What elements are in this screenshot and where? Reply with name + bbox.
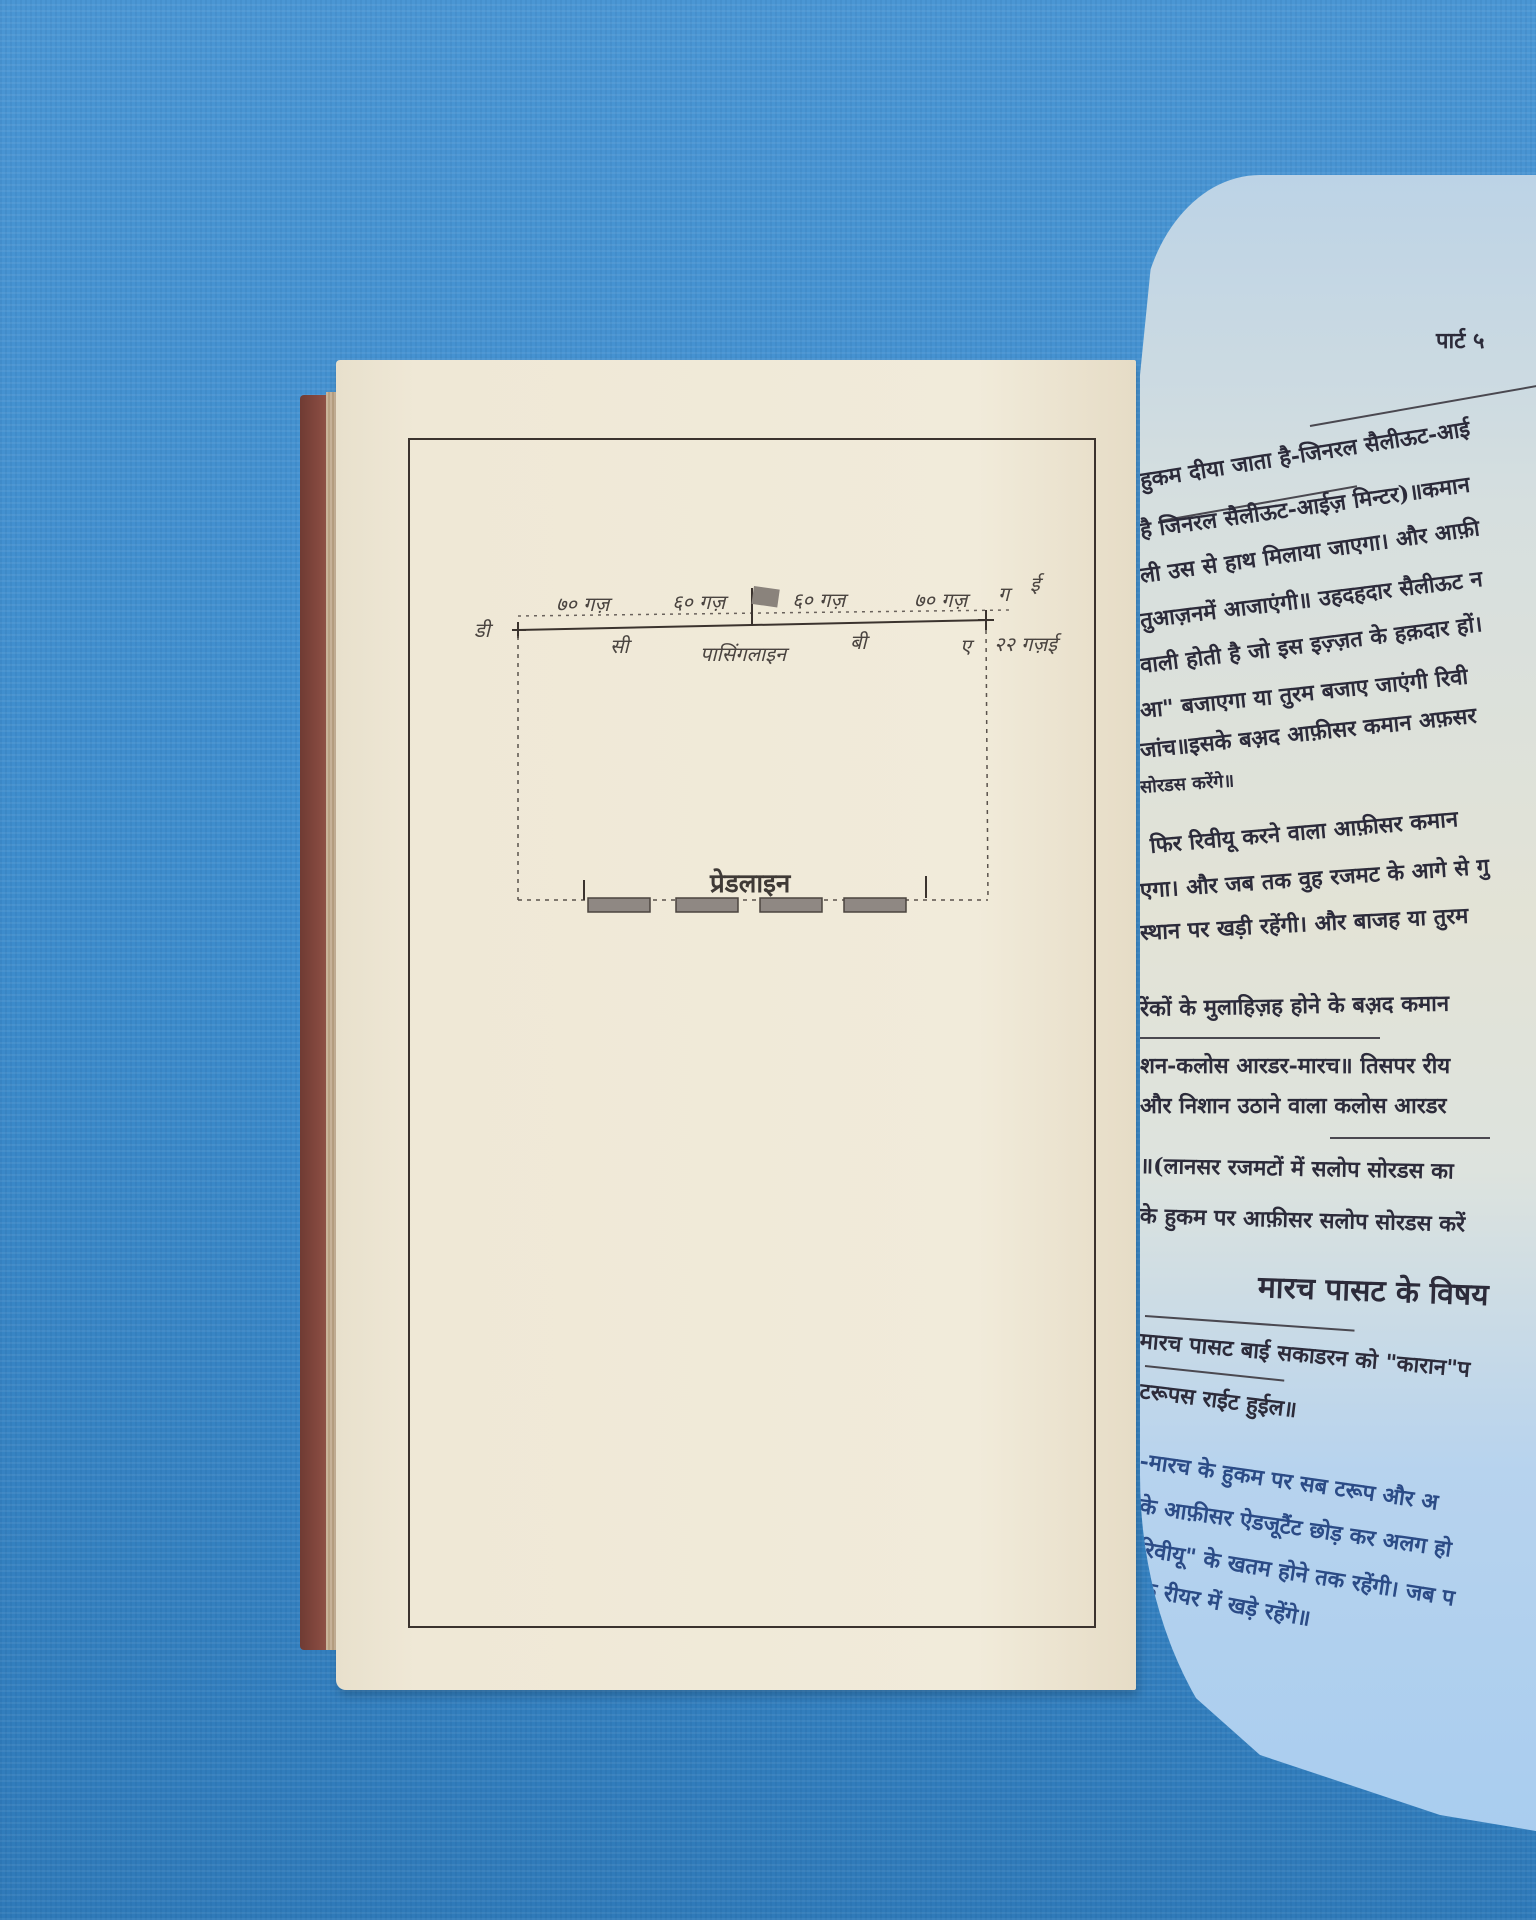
label-center-right: बी <box>850 628 867 655</box>
text-line: रेंकों के मुलाहिज़ह होने के बअ़द कमान <box>1140 988 1449 1023</box>
text-line: के हुकम पर आफ़ीसर सलोप सोरडस करें <box>1140 1200 1465 1239</box>
parade-ground-diagram: डी ७० गज़ ६० गज़ ६० गज़ ७० गज़ ग ई सी पा… <box>410 440 1098 940</box>
text-line: शन-कलोस आरडर-मारच॥ तिसपर रीय <box>1140 1050 1450 1080</box>
distance-1: ७० गज़ <box>556 590 609 617</box>
label-far-left: डी <box>474 616 490 643</box>
label-top-right-1: ग <box>998 580 1009 607</box>
label-right: ए <box>960 632 971 659</box>
label-top-right-2: ई <box>1030 570 1040 597</box>
label-center-left: सी <box>610 632 629 659</box>
text-line: फिर रिवीयू करने वाला आफ़ीसर कमान <box>1149 803 1459 860</box>
distance-4: ७० गज़ <box>914 586 967 613</box>
parade-line-label: प्रेडलाइन <box>710 864 790 900</box>
passing-line-label: पासिंगलाइन <box>700 640 786 667</box>
text-line: टरूपस राईट हुईल॥ <box>1140 1375 1299 1424</box>
distance-2: ६० गज़ <box>672 588 725 615</box>
page-border-frame: डी ७० गज़ ६० गज़ ६० गज़ ७० गज़ ग ई सी पा… <box>408 438 1096 1628</box>
rule <box>1330 1137 1490 1139</box>
text-line: और निशान उठाने वाला कलोस आरडर <box>1140 1090 1447 1120</box>
distance-3: ६० गज़ <box>792 586 845 613</box>
text-line: मारच पासट बाई सकाडरन को "कारान"प <box>1140 1325 1471 1384</box>
section-heading: मारच पासट के विषय <box>1257 1265 1489 1314</box>
text-line: ॥(लानसर रजमटों में सलोप सोरडस का <box>1140 1150 1454 1185</box>
text-line: स्थान पर खड़ी रहेंगी। और बाजह या तुरम <box>1140 900 1469 947</box>
right-page: पार्ट ५ हुकम दीया जाता है-जिनरल सैलीऊट-आ… <box>1140 175 1536 1835</box>
label-right-offset: २२ गज़ई <box>994 630 1057 657</box>
text-line: एगा। और जब तक वुह रजमट के आगे से गु <box>1140 851 1490 905</box>
left-page: डी ७० गज़ ६० गज़ ६० गज़ ७० गज़ ग ई सी पा… <box>336 360 1136 1690</box>
rule <box>1140 1037 1380 1039</box>
page-header: पार्ट ५ <box>1436 325 1484 355</box>
text-line: सोरडस करेंगे॥ <box>1140 768 1235 799</box>
